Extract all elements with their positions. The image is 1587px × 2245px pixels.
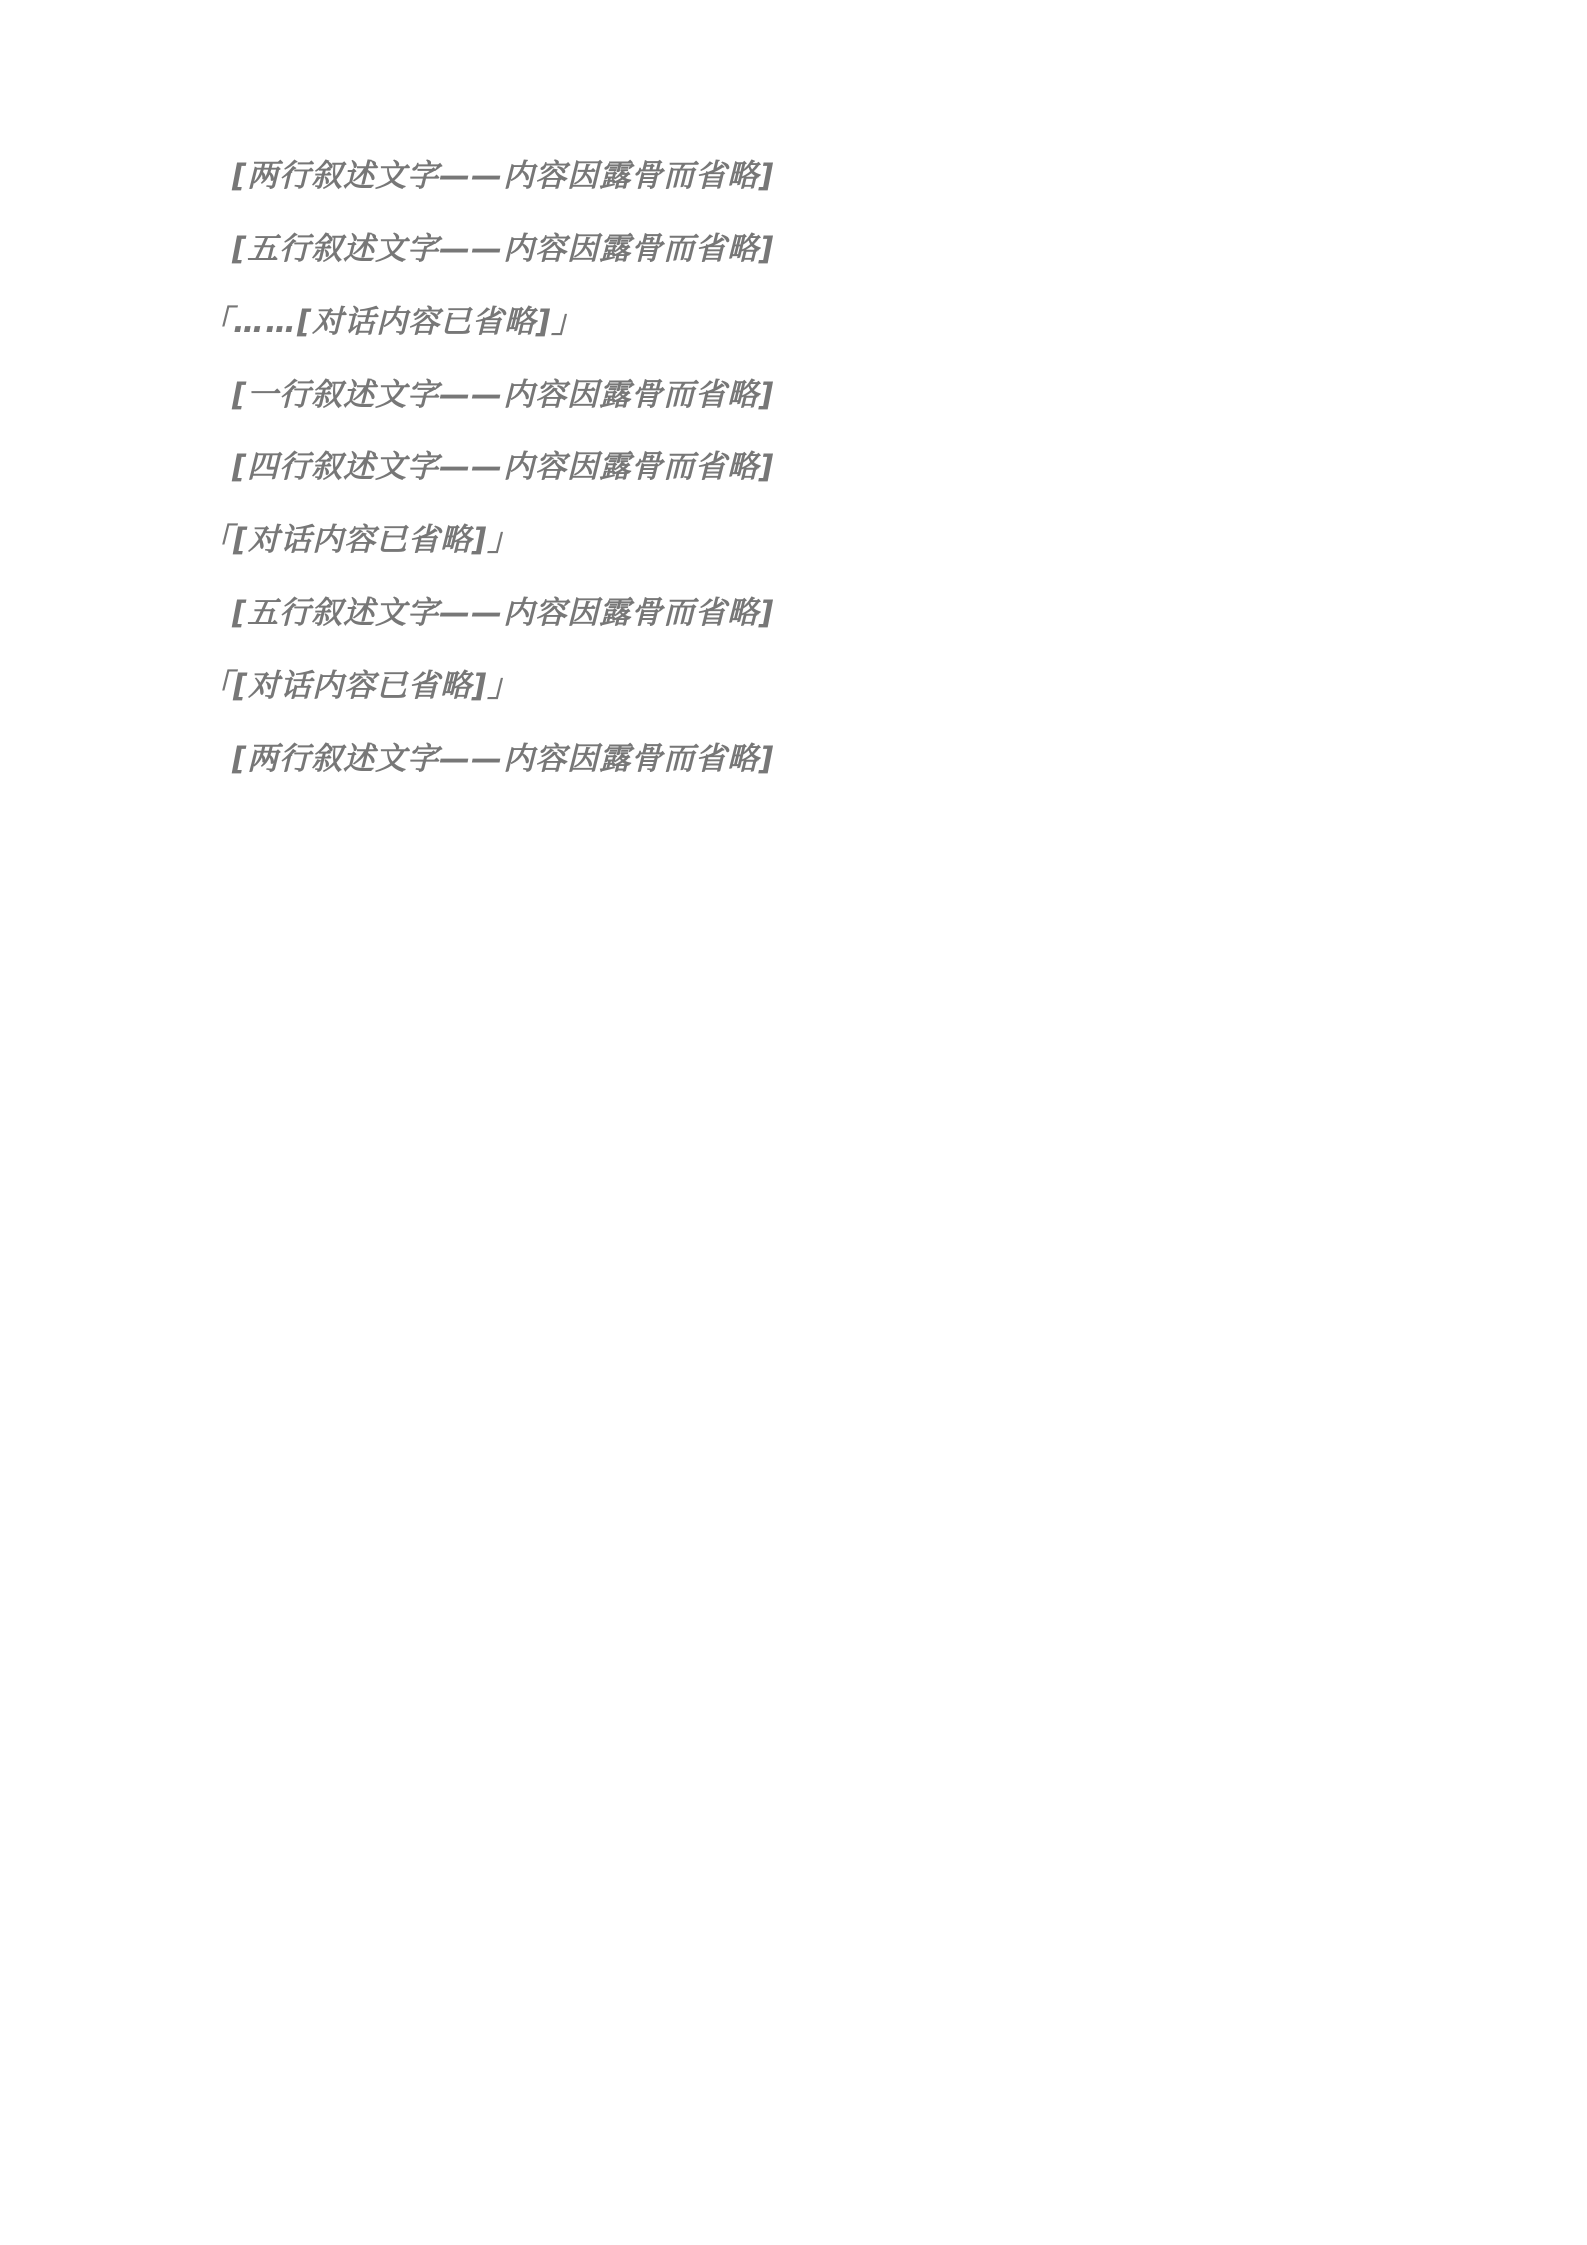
paragraph-6: 「[对话内容已省略]」 bbox=[170, 504, 1420, 577]
paragraph-3: 「……[对话内容已省略]」 bbox=[170, 286, 1420, 359]
paragraph-5: [四行叙述文字——内容因露骨而省略] bbox=[170, 431, 1420, 504]
paragraph-7: [五行叙述文字——内容因露骨而省略] bbox=[170, 577, 1420, 650]
paragraph-4: [一行叙述文字——内容因露骨而省略] bbox=[170, 359, 1420, 432]
document-page: [两行叙述文字——内容因露骨而省略][五行叙述文字——内容因露骨而省略]「……[… bbox=[0, 0, 1587, 2245]
paragraph-2: [五行叙述文字——内容因露骨而省略] bbox=[170, 213, 1420, 286]
text-block: [两行叙述文字——内容因露骨而省略][五行叙述文字——内容因露骨而省略]「……[… bbox=[170, 140, 1420, 796]
paragraph-1: [两行叙述文字——内容因露骨而省略] bbox=[170, 140, 1420, 213]
paragraph-8: 「[对话内容已省略]」 bbox=[170, 650, 1420, 723]
paragraph-9: [两行叙述文字——内容因露骨而省略] bbox=[170, 723, 1420, 796]
